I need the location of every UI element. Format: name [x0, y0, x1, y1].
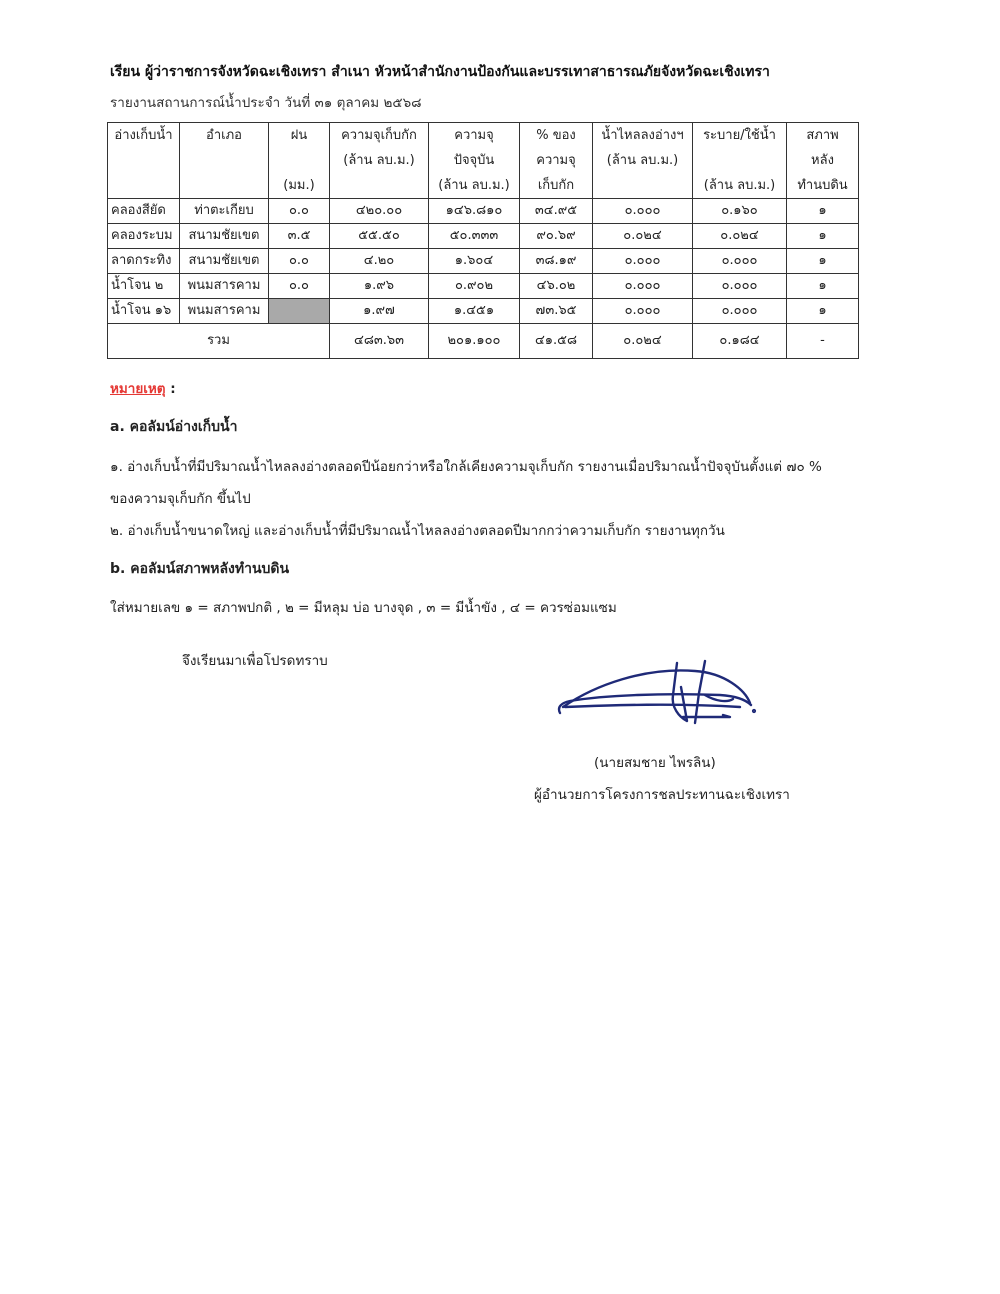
- cell-capacity: ๑.๙๗: [330, 299, 429, 324]
- column-header-line: [182, 173, 266, 198]
- cell-dam-condition: ๑: [787, 249, 859, 274]
- column-header-line: ฝน: [271, 123, 327, 148]
- table-row: น้ำโจน ๒พนมสารคาม๐.๐๑.๙๖๐.๙๐๒๔๖.๐๒๐.๐๐๐๐…: [108, 274, 859, 299]
- cell-district: สนามชัยเขต: [180, 224, 269, 249]
- section-a-heading: a. คอลัมน์อ่างเก็บน้ำ: [110, 416, 237, 438]
- column-header: % ของความจุเก็บกัก: [520, 123, 593, 199]
- cell-percent: ๗๓.๖๕: [520, 299, 593, 324]
- column-header-line: (ล้าน ลบ.ม.): [595, 148, 690, 173]
- cell-release: ๐.๑๖๐: [693, 199, 787, 224]
- cell-rain: [269, 299, 330, 324]
- cell-release: ๐.๐๐๐: [693, 249, 787, 274]
- closing-text: จึงเรียนมาเพื่อโปรดทราบ: [182, 649, 328, 671]
- total-current: ๒๐๑.๑๐๐: [429, 324, 520, 359]
- total-percent: ๔๑.๕๘: [520, 324, 593, 359]
- table-row: น้ำโจน ๑๖พนมสารคาม๑.๙๗๑.๔๕๑๗๓.๖๕๐.๐๐๐๐.๐…: [108, 299, 859, 324]
- cell-current: ๑.๖๐๔: [429, 249, 520, 274]
- table-row: ลาดกระทิงสนามชัยเขต๐.๐๔.๒๐๑.๖๐๔๓๘.๑๙๐.๐๐…: [108, 249, 859, 274]
- column-header: ระบาย/ใช้น้ำ(ล้าน ลบ.ม.): [693, 123, 787, 199]
- column-header: ฝน(มม.): [269, 123, 330, 199]
- column-header: น้ำไหลลงอ่างฯ(ล้าน ลบ.ม.): [593, 123, 693, 199]
- total-release: ๐.๑๘๔: [693, 324, 787, 359]
- column-header-line: [110, 173, 177, 198]
- column-header-line: (ล้าน ลบ.ม.): [695, 173, 784, 198]
- signer-position: ผู้อำนวยการโครงการชลประทานฉะเชิงเทรา: [534, 783, 790, 805]
- cell-dam-condition: ๑: [787, 274, 859, 299]
- section-b-heading: b. คอลัมน์สภาพหลังทำนบดิน: [110, 558, 289, 580]
- cell-reservoir: น้ำโจน ๑๖: [108, 299, 180, 324]
- column-header-line: [695, 148, 784, 173]
- cell-current: ๑๔๖.๘๑๐: [429, 199, 520, 224]
- cell-rain: ๐.๐: [269, 274, 330, 299]
- cell-district: พนมสารคาม: [180, 299, 269, 324]
- table-row: คลองระบมสนามชัยเขต๓.๕๕๕.๕๐๕๐.๓๓๓๙๐.๖๙๐.๐…: [108, 224, 859, 249]
- column-header-line: [595, 173, 690, 198]
- remarks-label: หมายเหตุ :: [110, 377, 176, 399]
- cell-district: พนมสารคาม: [180, 274, 269, 299]
- column-header-line: (ล้าน ลบ.ม.): [431, 173, 517, 198]
- cell-inflow: ๐.๐๐๐: [593, 274, 693, 299]
- column-header-line: ความจุ: [431, 123, 517, 148]
- cell-dam-condition: ๑: [787, 199, 859, 224]
- total-inflow: ๐.๐๒๔: [593, 324, 693, 359]
- water-situation-table: อ่างเก็บน้ำอำเภอฝน(มม.)ความจุเก็บกัก(ล้า…: [107, 122, 859, 359]
- note-item-1-continued: ของความจุเก็บกัก ขึ้นไป: [110, 487, 251, 509]
- column-header: อ่างเก็บน้ำ: [108, 123, 180, 199]
- total-label: รวม: [108, 324, 330, 359]
- column-header-line: (มม.): [271, 173, 327, 198]
- column-header-line: ความจุเก็บกัก: [332, 123, 426, 148]
- note-item-2: ๒. อ่างเก็บน้ำขนาดใหญ่ และอ่างเก็บน้ำที่…: [110, 519, 725, 541]
- column-header: สภาพหลังทำนบดิน: [787, 123, 859, 199]
- column-header-line: % ของ: [522, 123, 590, 148]
- cell-capacity: ๕๕.๕๐: [330, 224, 429, 249]
- cell-reservoir: คลองสียัด: [108, 199, 180, 224]
- cell-percent: ๓๘.๑๙: [520, 249, 593, 274]
- column-header-line: [182, 148, 266, 173]
- letter-recipient-heading: เรียน ผู้ว่าราชการจังหวัดฉะเชิงเทรา สำเน…: [110, 61, 770, 83]
- cell-reservoir: น้ำโจน ๒: [108, 274, 180, 299]
- cell-rain: ๐.๐: [269, 249, 330, 274]
- cell-percent: ๓๔.๙๕: [520, 199, 593, 224]
- column-header-line: อำเภอ: [182, 123, 266, 148]
- column-header-line: ทำนบดิน: [789, 173, 856, 198]
- cell-capacity: ๑.๙๖: [330, 274, 429, 299]
- cell-reservoir: ลาดกระทิง: [108, 249, 180, 274]
- column-header-line: หลัง: [789, 148, 856, 173]
- cell-capacity: ๔.๒๐: [330, 249, 429, 274]
- column-header: ความจุเก็บกัก(ล้าน ลบ.ม.): [330, 123, 429, 199]
- column-header-line: [110, 148, 177, 173]
- report-date-subtitle: รายงานสถานการณ์น้ำประจำ วันที่ ๓๑ ตุลาคม…: [110, 91, 422, 113]
- total-dam-condition: -: [787, 324, 859, 359]
- cell-release: ๐.๐๐๐: [693, 274, 787, 299]
- cell-district: ท่าตะเกียบ: [180, 199, 269, 224]
- column-header-line: ระบาย/ใช้น้ำ: [695, 123, 784, 148]
- signer-name: (นายสมชาย ไพรลิน): [594, 751, 716, 773]
- remarks-colon: :: [166, 381, 176, 397]
- cell-percent: ๙๐.๖๙: [520, 224, 593, 249]
- signature-scribble-icon: [555, 655, 765, 730]
- column-header-line: อ่างเก็บน้ำ: [110, 123, 177, 148]
- cell-current: ๕๐.๓๓๓: [429, 224, 520, 249]
- cell-rain: ๐.๐: [269, 199, 330, 224]
- cell-inflow: ๐.๐๐๐: [593, 299, 693, 324]
- cell-dam-condition: ๑: [787, 224, 859, 249]
- table-total-row: รวม๔๘๓.๖๓๒๐๑.๑๐๐๔๑.๕๘๐.๐๒๔๐.๑๘๔-: [108, 324, 859, 359]
- total-capacity: ๔๘๓.๖๓: [330, 324, 429, 359]
- column-header-line: น้ำไหลลงอ่างฯ: [595, 123, 690, 148]
- column-header-line: ปัจจุบัน: [431, 148, 517, 173]
- column-header-line: เก็บกัก: [522, 173, 590, 198]
- cell-current: ๐.๙๐๒: [429, 274, 520, 299]
- cell-dam-condition: ๑: [787, 299, 859, 324]
- note-item-1: ๑. อ่างเก็บน้ำที่มีปริมาณน้ำไหลลงอ่างตลอ…: [110, 455, 822, 477]
- column-header-line: [271, 148, 327, 173]
- column-header-line: [332, 173, 426, 198]
- column-header-line: (ล้าน ลบ.ม.): [332, 148, 426, 173]
- cell-release: ๐.๐๐๐: [693, 299, 787, 324]
- column-header-line: สภาพ: [789, 123, 856, 148]
- cell-reservoir: คลองระบม: [108, 224, 180, 249]
- cell-inflow: ๐.๐๐๐: [593, 249, 693, 274]
- table-row: คลองสียัดท่าตะเกียบ๐.๐๔๒๐.๐๐๑๔๖.๘๑๐๓๔.๙๕…: [108, 199, 859, 224]
- cell-release: ๐.๐๒๔: [693, 224, 787, 249]
- cell-rain: ๓.๕: [269, 224, 330, 249]
- table-header-row: อ่างเก็บน้ำอำเภอฝน(มม.)ความจุเก็บกัก(ล้า…: [108, 123, 859, 199]
- signature-image: [555, 655, 765, 734]
- column-header-line: ความจุ: [522, 148, 590, 173]
- cell-district: สนามชัยเขต: [180, 249, 269, 274]
- cell-inflow: ๐.๐๐๐: [593, 199, 693, 224]
- column-header: อำเภอ: [180, 123, 269, 199]
- cell-current: ๑.๔๕๑: [429, 299, 520, 324]
- column-header: ความจุปัจจุบัน(ล้าน ลบ.ม.): [429, 123, 520, 199]
- cell-capacity: ๔๒๐.๐๐: [330, 199, 429, 224]
- dam-condition-legend: ใส่หมายเลข ๑ = สภาพปกติ , ๒ = มีหลุม บ่อ…: [110, 596, 617, 618]
- remarks-title: หมายเหตุ: [110, 381, 166, 397]
- cell-inflow: ๐.๐๒๔: [593, 224, 693, 249]
- cell-percent: ๔๖.๐๒: [520, 274, 593, 299]
